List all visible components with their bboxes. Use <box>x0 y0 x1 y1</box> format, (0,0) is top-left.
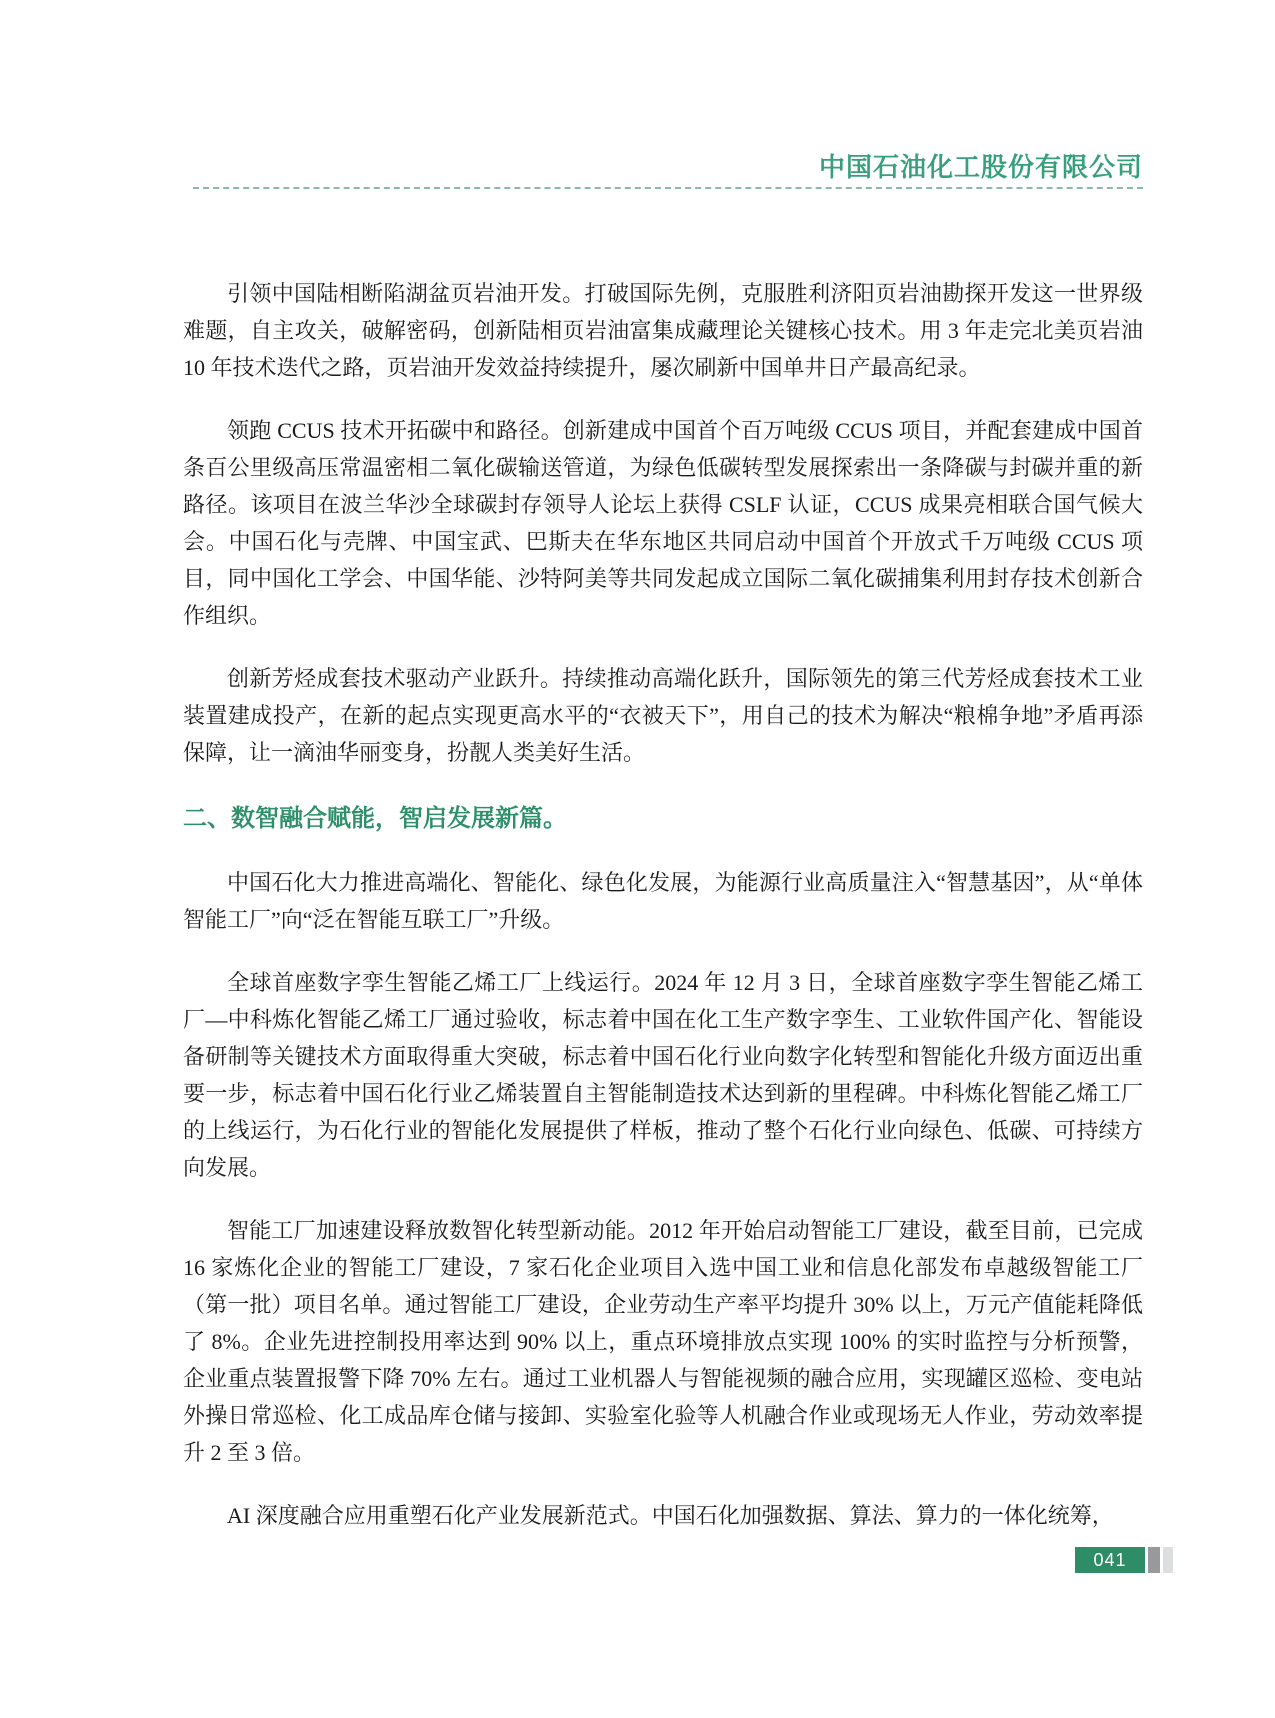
footer-bar-light <box>1163 1547 1173 1573</box>
paragraph-ethylene-plant: 全球首座数字孪生智能乙烯工厂上线运行。2024 年 12 月 3 日，全球首座数… <box>183 964 1143 1186</box>
paragraph-shale-oil: 引领中国陆相断陷湖盆页岩油开发。打破国际先例，克服胜利济阳页岩油勘探开发这一世界… <box>183 275 1143 386</box>
company-name: 中国石油化工股份有限公司 <box>193 152 1143 182</box>
page-footer: 041 <box>1075 1547 1173 1573</box>
footer-bar-dark <box>1148 1547 1160 1573</box>
paragraph-aromatics: 创新芳烃成套技术驱动产业跃升。持续推动高端化跃升，国际领先的第三代芳烃成套技术工… <box>183 660 1143 771</box>
section-heading: 二、数智融合赋能，智启发展新篇。 <box>183 802 1143 836</box>
paragraph-smart-factory: 智能工厂加速建设释放数智化转型新动能。2012 年开始启动智能工厂建设，截至目前… <box>183 1212 1143 1471</box>
document-page: 中国石油化工股份有限公司 引领中国陆相断陷湖盆页岩油开发。打破国际先例，克服胜利… <box>0 0 1275 1718</box>
paragraph-ai: AI 深度融合应用重塑石化产业发展新范式。中国石化加强数据、算法、算力的一体化统… <box>183 1497 1143 1534</box>
paragraph-digital-intro: 中国石化大力推进高端化、智能化、绿色化发展，为能源行业高质量注入“智慧基因”，从… <box>183 864 1143 938</box>
header-dotted-divider <box>193 187 1143 189</box>
page-number-badge: 041 <box>1075 1547 1145 1573</box>
page-header: 中国石油化工股份有限公司 <box>193 152 1143 182</box>
page-content: 引领中国陆相断陷湖盆页岩油开发。打破国际先例，克服胜利济阳页岩油勘探开发这一世界… <box>183 275 1143 1560</box>
paragraph-ccus: 领跑 CCUS 技术开拓碳中和路径。创新建成中国首个百万吨级 CCUS 项目，并… <box>183 412 1143 634</box>
